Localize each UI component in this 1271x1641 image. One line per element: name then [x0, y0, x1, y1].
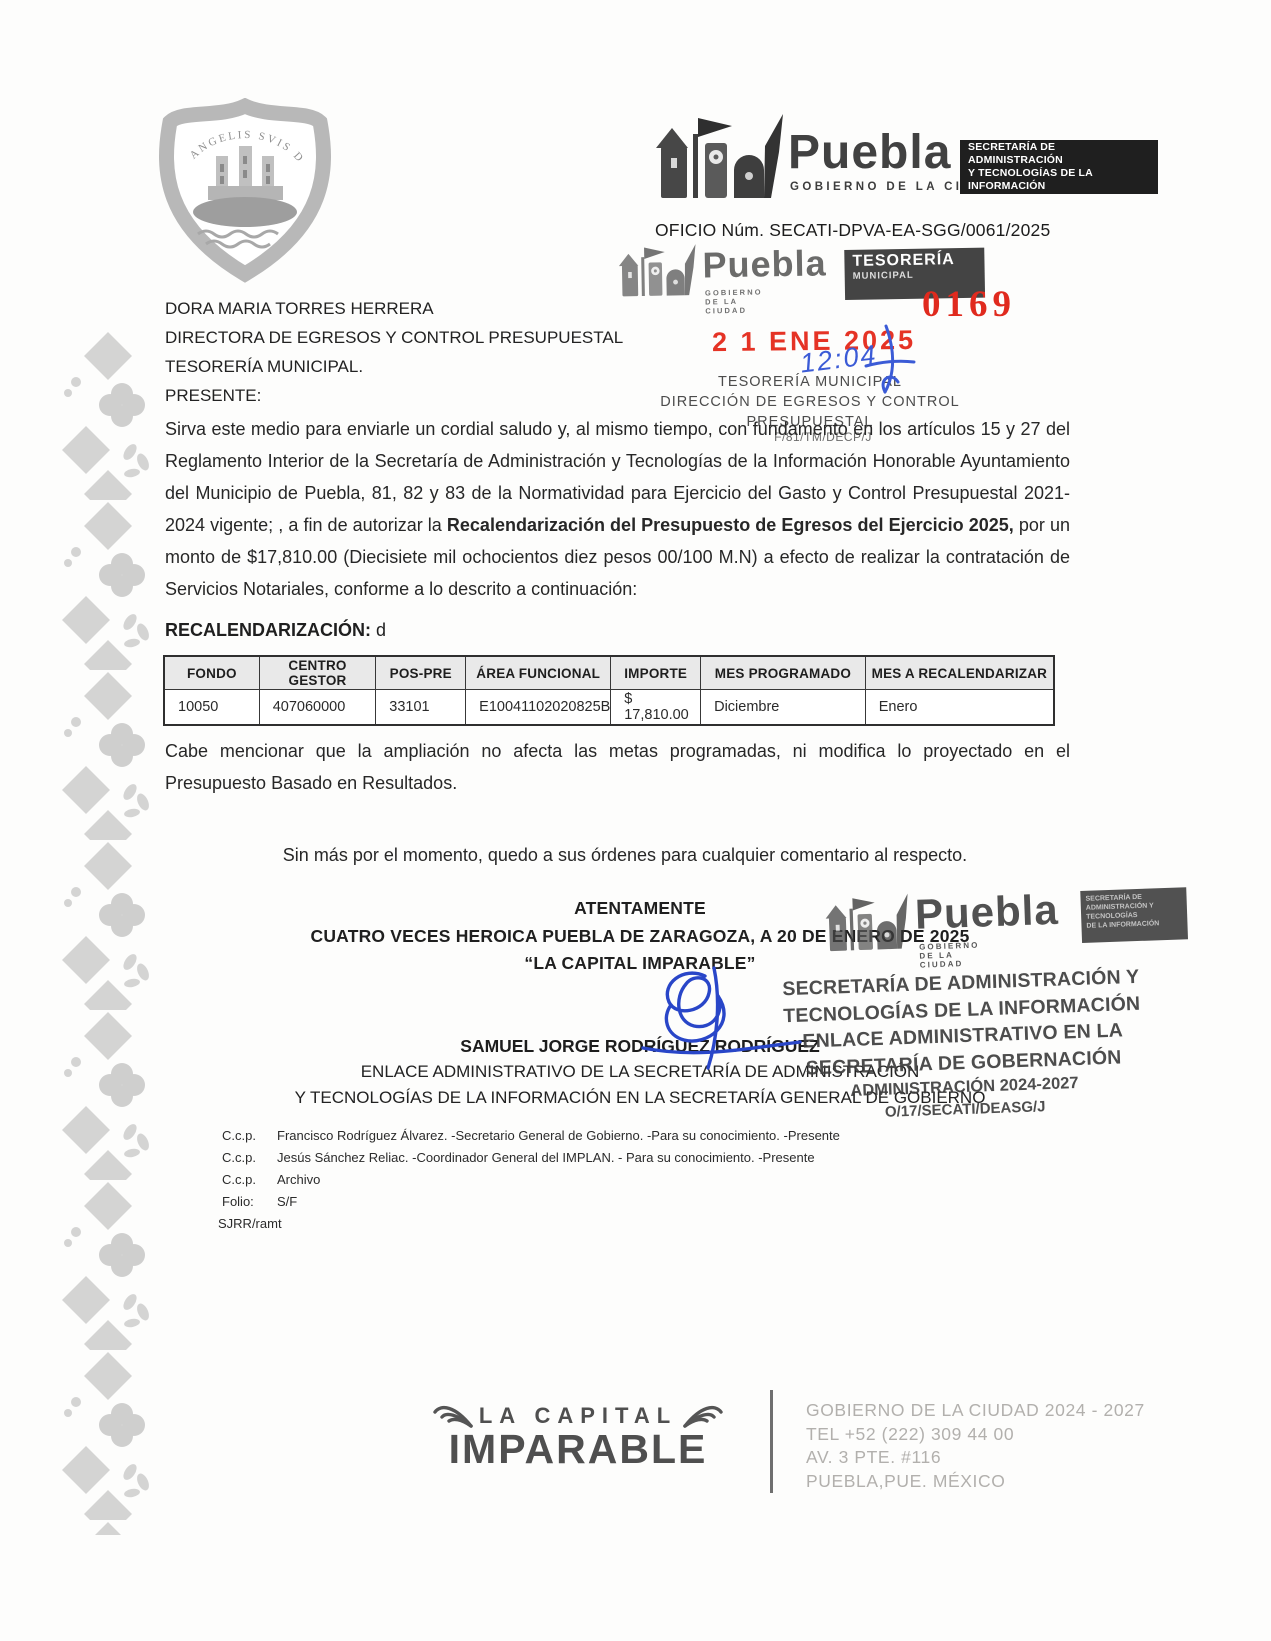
table-cell-fondo: 10050 — [164, 690, 259, 726]
tesoreria-stamp-wordmark: Puebla — [702, 242, 827, 286]
ccp-text: Francisco Rodríguez Álvarez. -Secretario… — [277, 1128, 977, 1143]
body-paragraph-2: Cabe mencionar que la ampliación no afec… — [165, 735, 1070, 799]
paragraph1-bold: Recalendarización del Presupuesto de Egr… — [447, 515, 1014, 535]
table-header: FONDO — [164, 656, 259, 690]
puebla-shield-emblem: ANGELIS SVIS DEVS — [150, 98, 340, 283]
department-box-line2: Y TECNOLOGÍAS DE LA INFORMACIÓN — [968, 167, 1150, 193]
footer-contact-block: GOBIERNO DE LA CIUDAD 2024 - 2027 TEL +5… — [806, 1399, 1145, 1493]
ccp-label: C.c.p. — [222, 1172, 274, 1187]
folio-label: Folio: — [222, 1194, 274, 1209]
capital-imparable-logo: LA CAPITAL IMPARABLE — [428, 1402, 728, 1473]
table-header: CENTRO GESTOR — [259, 656, 376, 690]
puebla-skyline-icon — [652, 110, 784, 202]
department-box: SECRETARÍA DE ADMINISTRACIÓN Y TECNOLOGÍ… — [960, 140, 1158, 194]
table-header: IMPORTE — [611, 656, 701, 690]
document-page: ANGELIS SVIS DEVS Puebla GOBIERNO DE LA … — [0, 0, 1271, 1641]
oficio-number: OFICIO Núm. SECATI-DPVA-EA-SGG/0061/2025 — [655, 220, 1050, 241]
received-stamp-line2: DIRECCIÓN DE EGRESOS Y CONTROL — [640, 392, 980, 412]
body-paragraph-1: Sirva este medio para enviarle un cordia… — [165, 413, 1070, 605]
recipient-name: DORA MARIA TORRES HERRERA — [165, 294, 623, 323]
footer-contact-line4: PUEBLA,PUE. MÉXICO — [806, 1470, 1145, 1494]
secati-stamp-wordmark-subtitle: GOBIERNO DE LA CIUDAD — [919, 941, 980, 970]
table-cell-mes-recalendarizar: Enero — [865, 690, 1054, 726]
tesoreria-stamp-skyline-icon — [616, 237, 697, 304]
table-header: POS-PRE — [376, 656, 466, 690]
puebla-wordmark: Puebla — [788, 125, 951, 180]
table-header: MES PROGRAMADO — [701, 656, 866, 690]
table-header: ÁREA FUNCIONAL — [466, 656, 611, 690]
initials-line: SJRR/ramt — [218, 1216, 282, 1231]
footer-contact-line2: TEL +52 (222) 309 44 00 — [806, 1423, 1145, 1447]
secati-stamp-wordmark: Puebla — [914, 886, 1059, 939]
enlace-stamp-text: SECRETARÍA DE ADMINISTRACIÓN Y TECNOLOGÍ… — [775, 964, 1150, 1127]
recipient-salutation: PRESENTE: — [165, 381, 623, 410]
talavera-ornament-strip — [56, 330, 152, 1535]
ccp-text: Archivo — [277, 1172, 977, 1187]
table-cell-area-funcional: E10041102020825B — [466, 690, 611, 726]
footer-divider — [770, 1390, 773, 1493]
secati-stamp-box: SECRETARÍA DE ADMINISTRACIÓN Y TECNOLOGÍ… — [1080, 887, 1188, 943]
footer-contact-line1: GOBIERNO DE LA CIUDAD 2024 - 2027 — [806, 1399, 1145, 1423]
table-cell-mes-programado: Diciembre — [701, 690, 866, 726]
recalendarizacion-table: FONDO CENTRO GESTOR POS-PRE ÁREA FUNCION… — [163, 655, 1055, 726]
table-cell-pos-pre: 33101 — [376, 690, 466, 726]
recipient-block: DORA MARIA TORRES HERRERA DIRECTORA DE E… — [165, 294, 623, 410]
tesoreria-stamp-wordmark-subtitle: GOBIERNO DE LA CIUDAD — [705, 287, 763, 315]
recipient-department: TESORERÍA MUNICIPAL. — [165, 352, 623, 381]
table-cell-centro-gestor: 407060000 — [259, 690, 376, 726]
recipient-title: DIRECTORA DE EGRESOS Y CONTROL PRESUPUES… — [165, 323, 623, 352]
capital-logo-line2: IMPARABLE — [428, 1426, 728, 1473]
secati-stamp-skyline-icon — [822, 885, 910, 960]
section-label: RECALENDARIZACIÓN: d — [165, 620, 386, 641]
section-label-suffix: d — [371, 620, 386, 640]
folio-number-stamp: 0169 — [922, 283, 1016, 326]
ccp-text: Jesús Sánchez Reliac. -Coordinador Gener… — [277, 1150, 977, 1165]
ccp-label: C.c.p. — [222, 1150, 274, 1165]
handwritten-flourish — [852, 322, 922, 402]
tesoreria-stamp-box-line1: TESORERÍA — [852, 251, 976, 271]
tesoreria-stamp-box-line2: MUNICIPAL — [853, 269, 977, 282]
table-header-row: FONDO CENTRO GESTOR POS-PRE ÁREA FUNCION… — [164, 656, 1054, 690]
department-box-line1: SECRETARÍA DE ADMINISTRACIÓN — [968, 141, 1150, 167]
folio-text: S/F — [277, 1194, 977, 1209]
table-header: MES A RECALENDARIZAR — [865, 656, 1054, 690]
body-paragraph-3: Sin más por el momento, quedo a sus órde… — [165, 845, 1085, 866]
section-label-bold: RECALENDARIZACIÓN: — [165, 620, 371, 640]
table-cell-importe: $ 17,810.00 — [611, 690, 701, 726]
footer-contact-line3: AV. 3 PTE. #116 — [806, 1446, 1145, 1470]
table-row: 10050 407060000 33101 E10041102020825B $… — [164, 690, 1054, 726]
ccp-label: C.c.p. — [222, 1128, 274, 1143]
secati-stamp-box-line3: DE LA INFORMACIÓN — [1086, 918, 1182, 930]
